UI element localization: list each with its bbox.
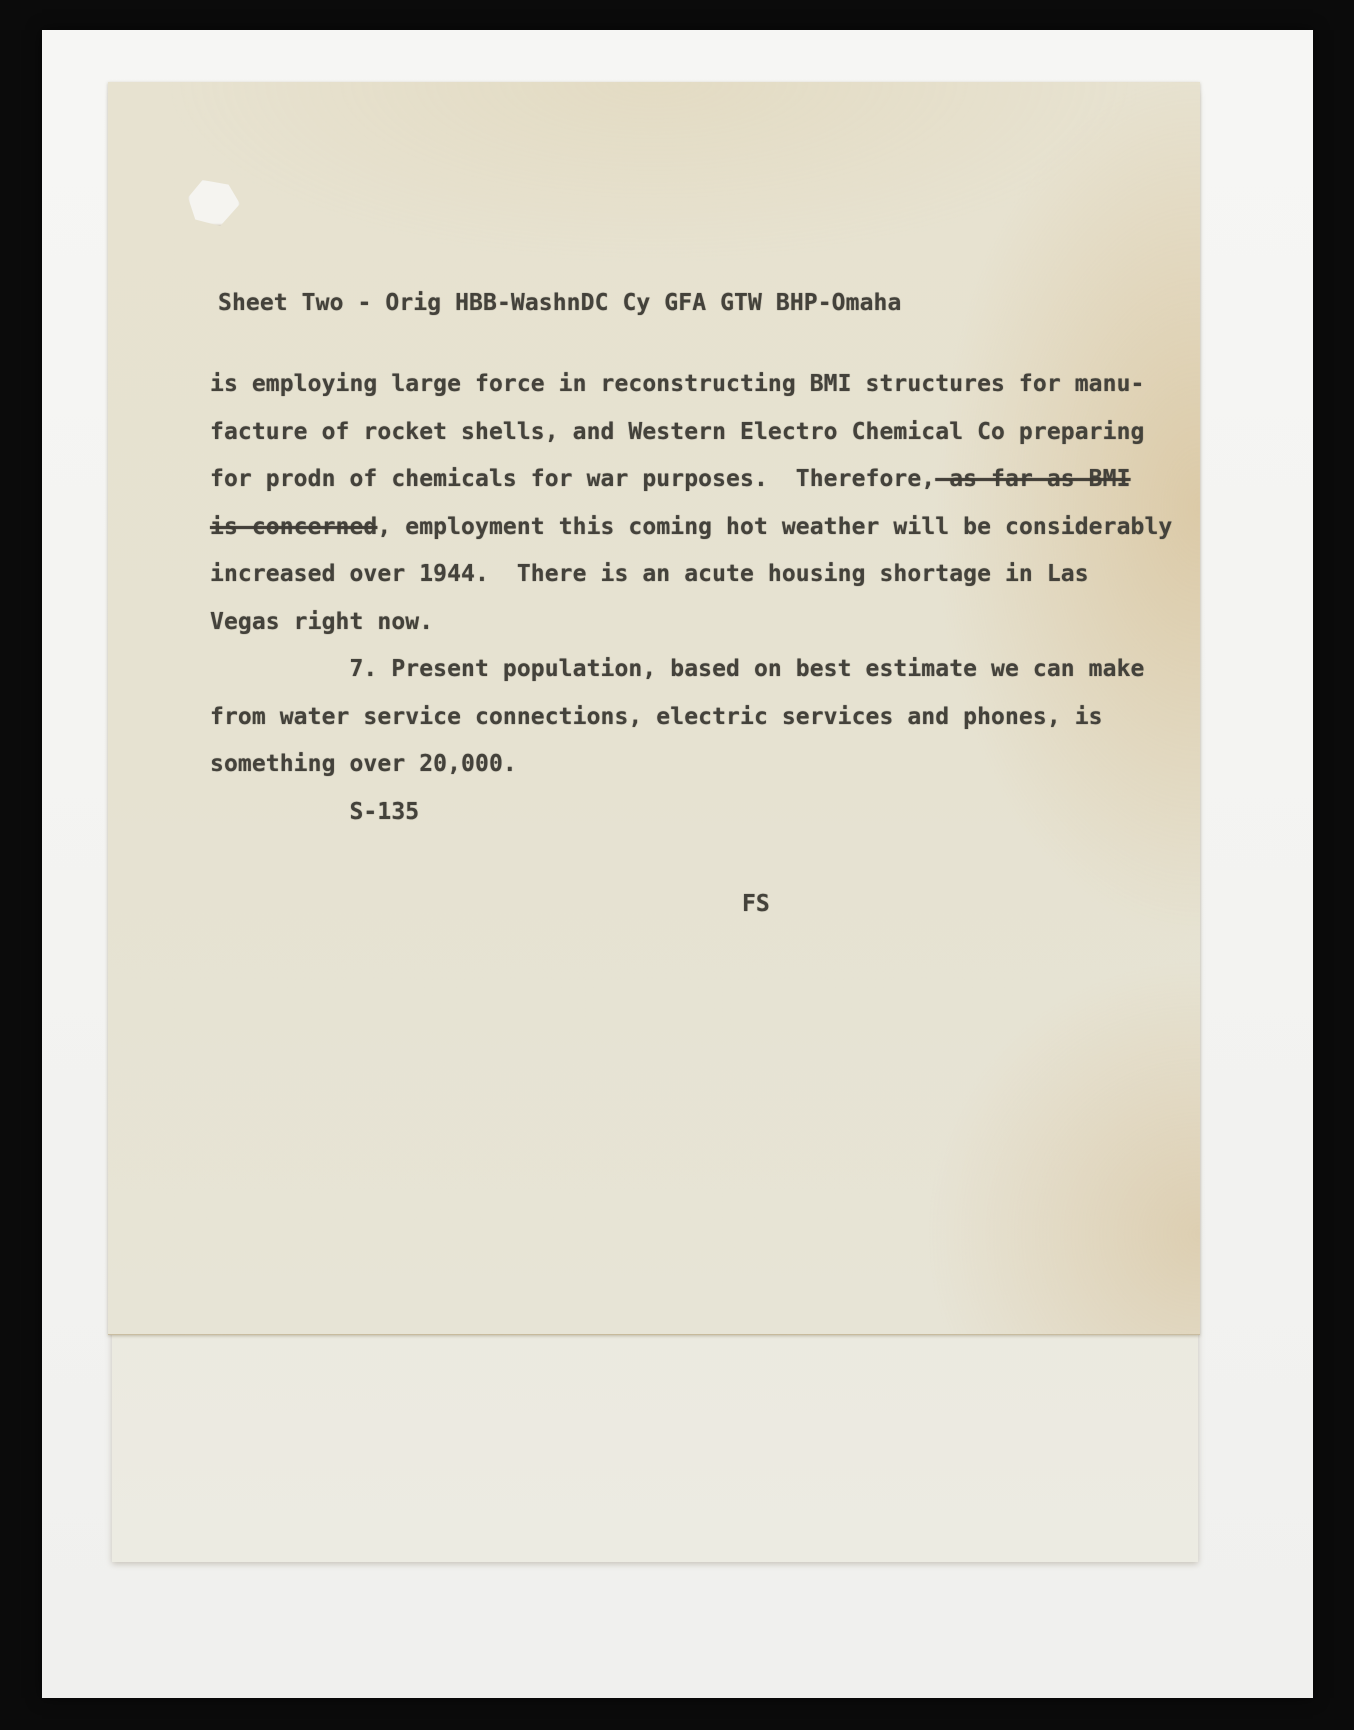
document-header: Sheet Two - Orig HBB-WashnDC Cy GFA GTW …	[218, 288, 901, 318]
typed-text-segment: increased over 1944. There is an acute h…	[210, 561, 1089, 587]
typed-line: is employing large force in reconstructi…	[210, 361, 1172, 409]
typed-line: is concerned, employment this coming hot…	[210, 504, 1172, 552]
typed-line: increased over 1944. There is an acute h…	[210, 551, 1172, 599]
typed-text-segment: , employment this coming hot weather wil…	[377, 514, 1172, 540]
struck-text-segment: is concerned	[210, 514, 377, 540]
paper-sheet: Sheet Two - Orig HBB-WashnDC Cy GFA GTW …	[108, 82, 1200, 1335]
document-body: is employing large force in reconstructi…	[210, 361, 1172, 836]
typed-line: facture of rocket shells, and Western El…	[210, 409, 1172, 457]
typed-line: S-135	[210, 789, 1172, 837]
scan-background: Sheet Two - Orig HBB-WashnDC Cy GFA GTW …	[0, 0, 1354, 1730]
typed-line: something over 20,000.	[210, 741, 1172, 789]
footer-initials: FS	[742, 881, 770, 929]
typed-text-segment: from water service connections, electric…	[210, 704, 1103, 730]
typed-line: for prodn of chemicals for war purposes.…	[210, 456, 1172, 504]
typed-text-segment: facture of rocket shells, and Western El…	[210, 419, 1144, 445]
torn-corner-chip	[188, 180, 240, 226]
typed-text-segment: something over 20,000.	[210, 751, 517, 777]
typed-text-segment: is employing large force in reconstructi…	[210, 371, 1144, 397]
typed-text-segment: Vegas right now.	[210, 609, 433, 635]
typed-line: from water service connections, electric…	[210, 694, 1172, 742]
typed-line: 7. Present population, based on best est…	[210, 646, 1172, 694]
scanner-mat: Sheet Two - Orig HBB-WashnDC Cy GFA GTW …	[42, 30, 1313, 1698]
typed-text-segment: for prodn of chemicals for war purposes.…	[210, 466, 935, 492]
typed-text-segment: 7. Present population, based on best est…	[210, 656, 1144, 682]
struck-text-segment: as far as BMI	[935, 466, 1130, 492]
typed-text-segment: S-135	[210, 799, 419, 825]
typed-line: Vegas right now.	[210, 599, 1172, 647]
